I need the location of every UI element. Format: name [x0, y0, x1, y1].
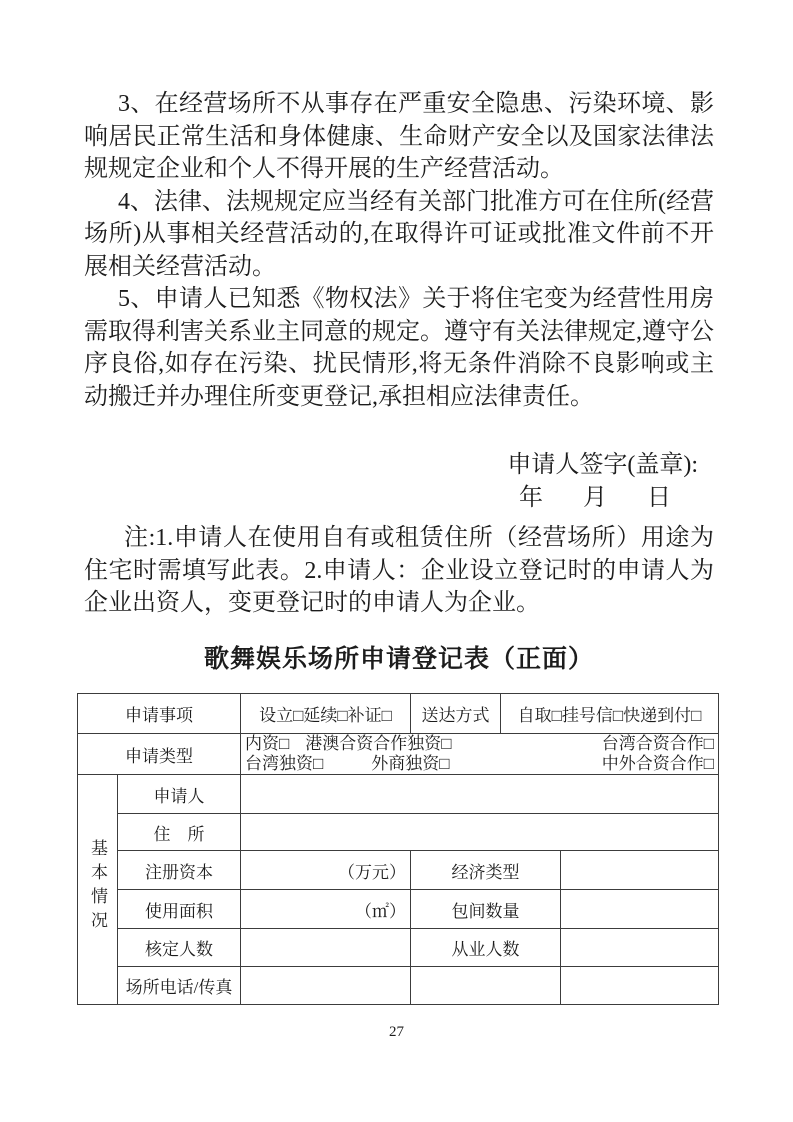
option-taiwan-sole: 台湾独资□ [245, 754, 323, 774]
application-type-options: 内资□ 港澳合资合作独资□ 台湾合资合作□ 台湾独资□ 外商独资□ 中外合资合作… [241, 734, 719, 775]
date-month-label: 月 [583, 482, 607, 515]
phone-fax-value-cell-1 [241, 967, 411, 1005]
address-label: 住 所 [118, 814, 241, 851]
staff-count-value-cell [561, 929, 719, 967]
application-type-options-line2: 台湾独资□ 外商独资□ 中外合资合作□ [245, 754, 714, 774]
application-items-label: 申请事项 [78, 694, 241, 734]
applicant-value-cell [241, 775, 719, 814]
phone-fax-value-cell-2 [411, 967, 561, 1005]
area-label: 使用面积 [118, 890, 241, 929]
rooms-count-value-cell [561, 890, 719, 929]
date-year-label: 年 [519, 482, 543, 515]
application-type-options-line1: 内资□ 港澳合资合作独资□ 台湾合资合作□ [245, 734, 714, 754]
row-application-type: 申请类型 内资□ 港澳合资合作独资□ 台湾合资合作□ 台湾独资□ 外商独资□ 中… [78, 734, 719, 775]
note-paragraph: 注:1.申请人在使用自有或租赁住所（经营场所）用途为住宅时需填写此表。2.申请人… [84, 522, 714, 620]
economy-type-value-cell [561, 851, 719, 890]
clause-3: 3、在经营场所不从事存在严重安全隐患、污染环境、影响居民正常生活和身体健康、生命… [84, 88, 714, 186]
clause-5: 5、申请人已知悉《物权法》关于将住宅变为经营性用房需取得利害关系业主同意的规定。… [84, 283, 714, 413]
staff-count-label: 从业人数 [411, 929, 561, 967]
clauses-block: 3、在经营场所不从事存在严重安全隐患、污染环境、影响居民正常生活和身体健康、生命… [84, 88, 714, 620]
application-items-options: 设立□延续□补证□ [241, 694, 411, 734]
area-unit-cell: （㎡） [241, 890, 411, 929]
document-page: 3、在经营场所不从事存在严重安全隐患、污染环境、影响居民正常生活和身体健康、生命… [0, 0, 793, 1122]
row-address: 住 所 [78, 814, 719, 851]
delivery-method-label: 送达方式 [411, 694, 501, 734]
section-basic-info-label: 基本情况 [78, 775, 118, 1005]
phone-fax-value-cell-3 [561, 967, 719, 1005]
clause-4: 4、法律、法规规定应当经有关部门批准方可在住所(经营场所)从事相关经营活动的,在… [84, 186, 714, 284]
approved-headcount-label: 核定人数 [118, 929, 241, 967]
delivery-method-options: 自取□挂号信□快递到付□ [501, 694, 719, 734]
phone-fax-label: 场所电话/传真 [118, 967, 241, 1005]
date-day-label: 日 [647, 482, 671, 515]
option-foreign-sole: 外商独资□ [371, 754, 449, 774]
option-taiwan-jv: 台湾合资合作□ [602, 734, 714, 754]
economy-type-label: 经济类型 [411, 851, 561, 890]
row-area: 使用面积 （㎡） 包间数量 [78, 890, 719, 929]
address-value-cell [241, 814, 719, 851]
application-type-label: 申请类型 [78, 734, 241, 775]
applicant-label: 申请人 [118, 775, 241, 814]
registration-form-table: 申请事项 设立□延续□补证□ 送达方式 自取□挂号信□快递到付□ 申请类型 内资… [77, 693, 719, 1005]
page-number: 27 [0, 1024, 793, 1041]
row-approved-headcount: 核定人数 从业人数 [78, 929, 719, 967]
approved-headcount-value-cell [241, 929, 411, 967]
row-capital: 注册资本 （万元） 经济类型 [78, 851, 719, 890]
option-hk-macau-jv: 港澳合资合作独资□ [305, 734, 451, 754]
signature-line: 申请人签字(盖章): [84, 449, 714, 482]
option-sino-foreign-jv: 中外合资合作□ [602, 754, 714, 774]
capital-unit-cell: （万元） [241, 851, 411, 890]
option-domestic-capital: 内资□ [245, 734, 289, 754]
row-applicant: 基本情况 申请人 [78, 775, 719, 814]
date-line: 年 月 日 [84, 482, 714, 515]
form-title: 歌舞娱乐场所申请登记表（正面） [84, 642, 714, 678]
rooms-count-label: 包间数量 [411, 890, 561, 929]
row-application-items: 申请事项 设立□延续□补证□ 送达方式 自取□挂号信□快递到付□ [78, 694, 719, 734]
row-phone-fax: 场所电话/传真 [78, 967, 719, 1005]
capital-label: 注册资本 [118, 851, 241, 890]
